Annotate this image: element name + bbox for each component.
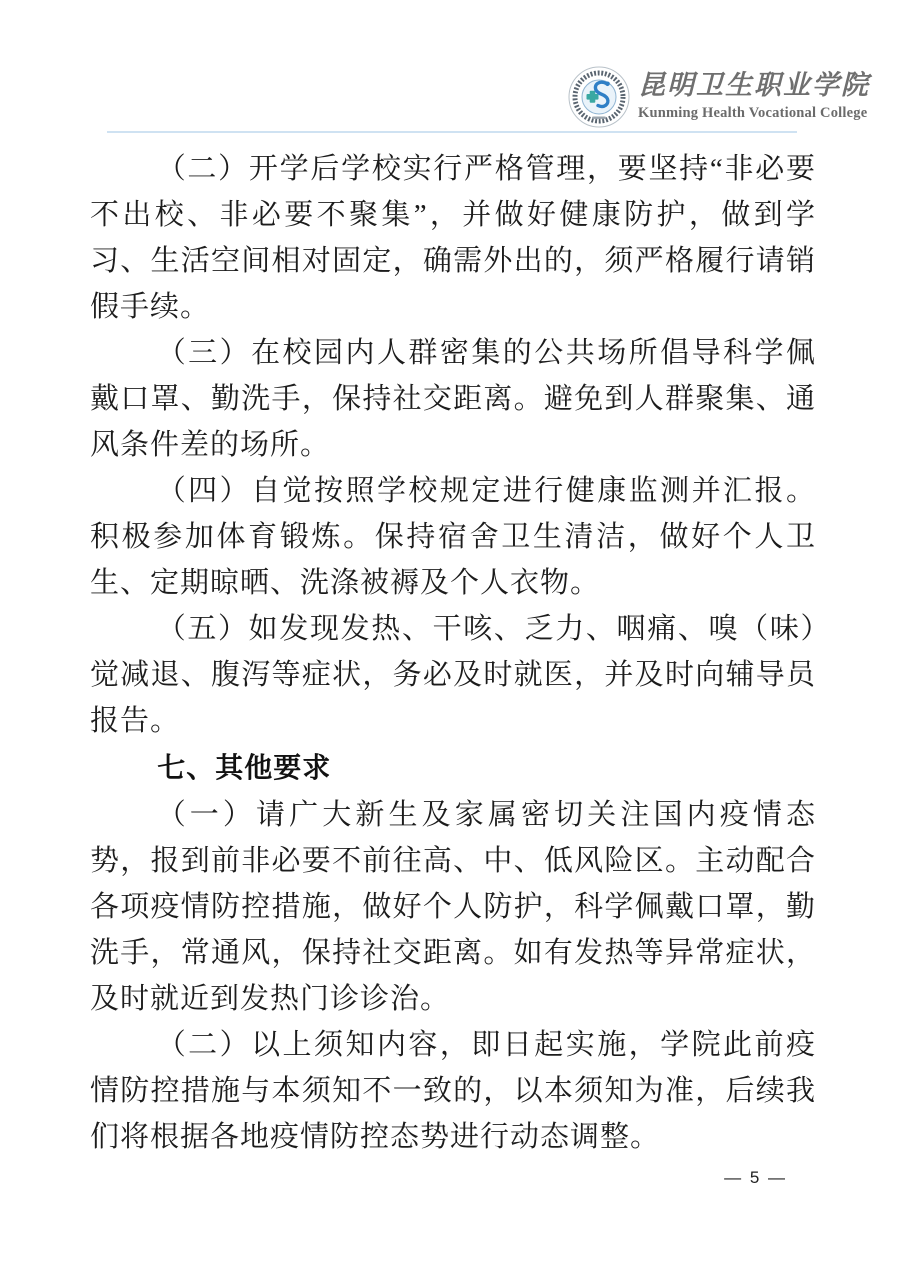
- paragraph-item-3: （三）在校园内人群密集的公共场所倡导科学佩戴口罩、勤洗手，保持社交距离。避免到人…: [90, 330, 816, 468]
- section-heading-other-requirements: 七、其他要求: [90, 744, 816, 792]
- header-divider: [107, 131, 797, 133]
- page-number: — 5 —: [724, 1168, 787, 1188]
- college-name-zh: 昆明卫生职业学院: [638, 70, 888, 102]
- paragraph-item-5: （五）如发现发热、干咳、乏力、咽痛、嗅（味）觉减退、腹泻等症状，务必及时就医，并…: [90, 606, 816, 744]
- college-seal-icon: [568, 66, 630, 128]
- document-body: （二）开学后学校实行严格管理，要坚持“非必要不出校、非必要不聚集”，并做好健康防…: [90, 146, 816, 1160]
- paragraph-item-2: （二）开学后学校实行严格管理，要坚持“非必要不出校、非必要不聚集”，并做好健康防…: [90, 146, 816, 330]
- document-page: 昆明卫生职业学院 Kunming Health Vocational Colle…: [0, 0, 905, 1280]
- paragraph-item-7-2: （二）以上须知内容，即日起实施，学院此前疫情防控措施与本须知不一致的，以本须知为…: [90, 1022, 816, 1160]
- college-name-en: Kunming Health Vocational College: [638, 104, 888, 122]
- paragraph-item-4: （四）自觉按照学校规定进行健康监测并汇报。积极参加体育锻炼。保持宿舍卫生清洁，做…: [90, 468, 816, 606]
- paragraph-item-7-1: （一）请广大新生及家属密切关注国内疫情态势，报到前非必要不前往高、中、低风险区。…: [90, 792, 816, 1022]
- header-titles: 昆明卫生职业学院 Kunming Health Vocational Colle…: [638, 70, 888, 122]
